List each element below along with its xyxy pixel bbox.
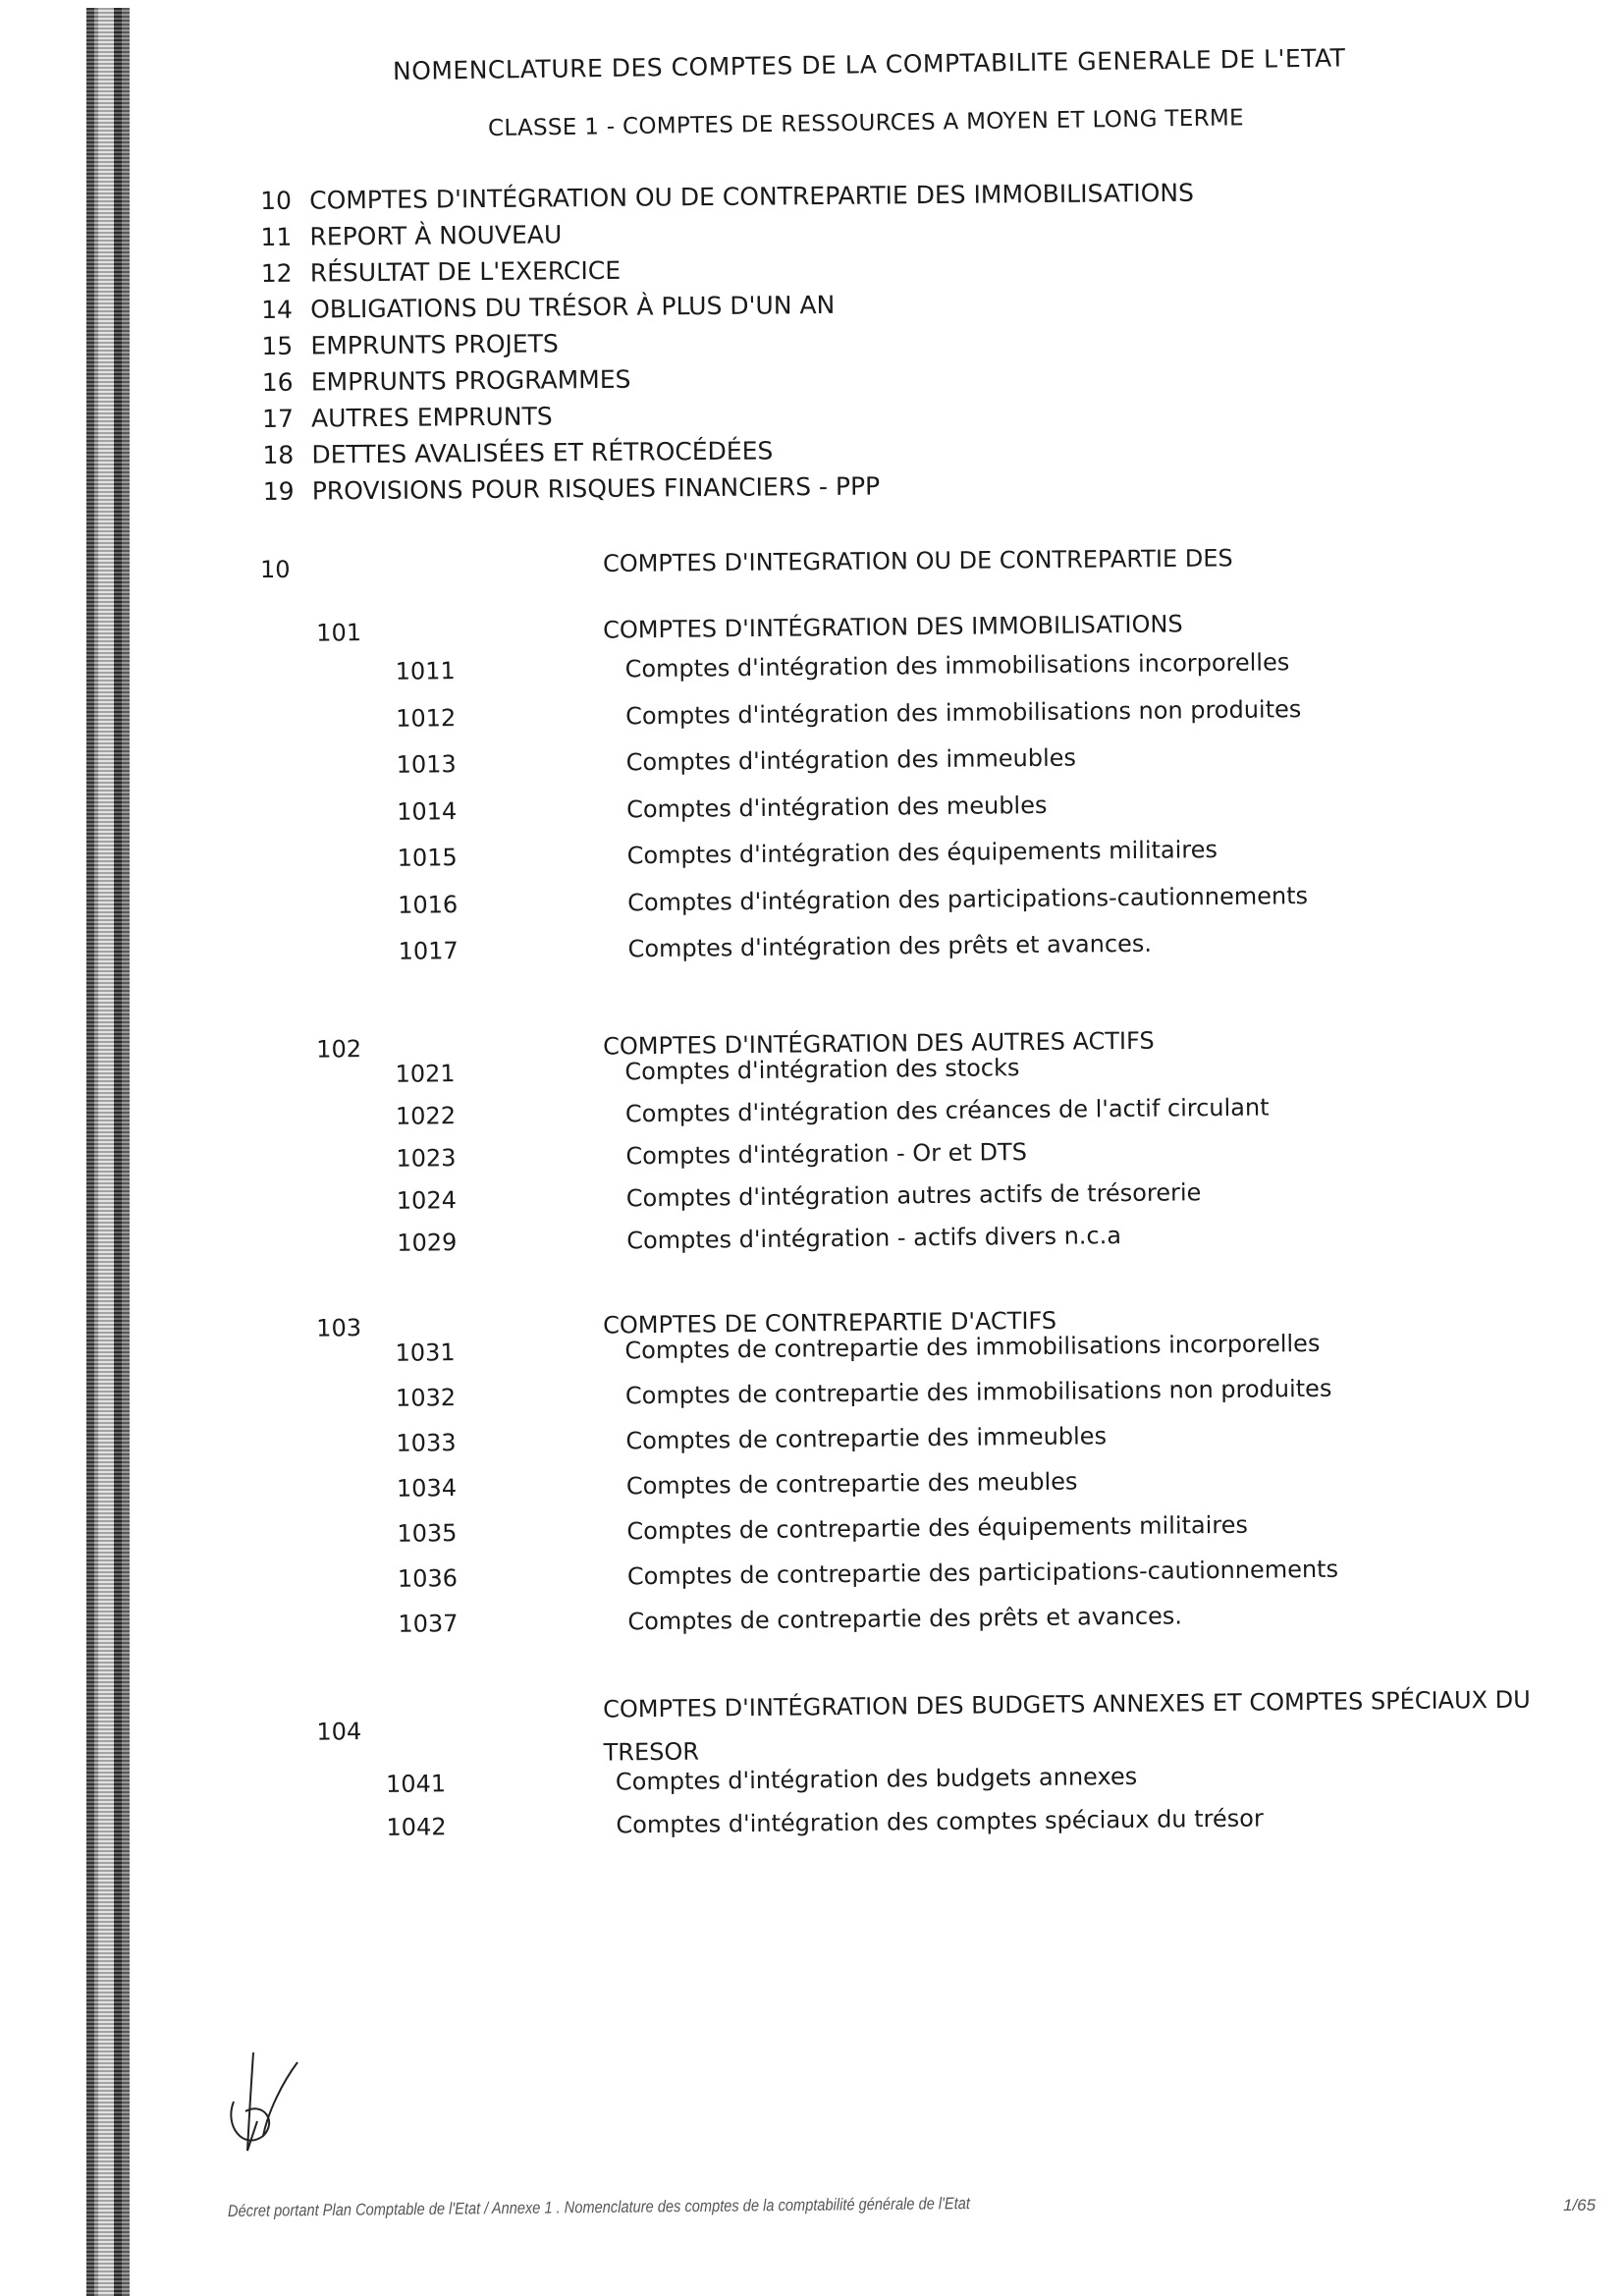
group-code: 103 xyxy=(316,1314,361,1341)
item-code: 1014 xyxy=(397,797,457,826)
item-label: Comptes de contrepartie des immeubles xyxy=(625,1422,1107,1454)
account-item: 1034Comptes de contrepartie des meubles xyxy=(2,1462,1624,1479)
account-item: 1016Comptes d'intégration des participat… xyxy=(3,878,1624,895)
account-item: 1029Comptes d'intégration - actifs diver… xyxy=(2,1217,1624,1233)
account-item: 1042Comptes d'intégration des comptes sp… xyxy=(1,1801,1624,1818)
signature-icon xyxy=(224,2043,312,2160)
class-summary-list: 10COMPTES D'INTÉGRATION OU DE CONTREPART… xyxy=(260,173,1441,510)
item-code: 1031 xyxy=(395,1339,455,1367)
item-label: Comptes de contrepartie des participatio… xyxy=(627,1556,1338,1591)
document-subtitle: CLASSE 1 - COMPTES DE RESSOURCES A MOYEN… xyxy=(488,103,1391,141)
item-code: 1034 xyxy=(397,1474,457,1503)
item-code: 1011 xyxy=(395,657,455,685)
group-heading: 101COMPTES D'INTÉGRATION DES IMMOBILISAT… xyxy=(0,598,1624,660)
account-label: OBLIGATIONS DU TRÉSOR À PLUS D'UN AN xyxy=(310,291,835,324)
account-code: 11 xyxy=(260,223,309,251)
account-label: DETTES AVALISÉES ET RÉTROCÉDÉES xyxy=(311,436,773,468)
account-group-104: 104COMPTES D'INTÉGRATION DES BUDGETS ANN… xyxy=(0,1677,1624,1739)
item-label: Comptes d'intégration - Or et DTS xyxy=(625,1138,1027,1170)
item-code: 1024 xyxy=(397,1186,457,1215)
item-label: Comptes d'intégration des stocks xyxy=(624,1054,1019,1085)
account-label: EMPRUNTS PROGRAMMES xyxy=(311,365,631,397)
account-label: AUTRES EMPRUNTS xyxy=(311,402,553,432)
account-group-102: 102COMPTES D'INTÉGRATION DES AUTRES ACTI… xyxy=(0,1014,1624,1076)
account-label: PROVISIONS POUR RISQUES FINANCIERS - PPP xyxy=(312,472,881,506)
item-code: 1016 xyxy=(398,891,458,919)
account-item: 1032Comptes de contrepartie des immobili… xyxy=(1,1372,1624,1389)
account-item: 1012Comptes d'intégration des immobilisa… xyxy=(1,691,1624,708)
item-code: 1042 xyxy=(386,1813,446,1841)
group-code: 101 xyxy=(316,619,361,646)
item-code: 1032 xyxy=(396,1384,456,1412)
account-item: 1015Comptes d'intégration des équipement… xyxy=(2,832,1624,848)
group-label: COMPTES D'INTÉGRATION DES IMMOBILISATION… xyxy=(603,599,1536,652)
account-group-101: 101COMPTES D'INTÉGRATION DES IMMOBILISAT… xyxy=(0,598,1624,660)
section-code: 10 xyxy=(260,556,291,583)
item-code: 1035 xyxy=(397,1519,457,1548)
item-label: Comptes d'intégration des meubles xyxy=(626,791,1048,822)
account-item: 1024Comptes d'intégration autres actifs … xyxy=(2,1175,1624,1191)
account-code: 17 xyxy=(262,405,311,433)
item-label: Comptes de contrepartie des meubles xyxy=(626,1468,1078,1501)
item-label: Comptes d'intégration des budgets annexe… xyxy=(616,1763,1137,1796)
section-label: COMPTES D'INTEGRATION OU DE CONTREPARTIE… xyxy=(603,544,1233,577)
document-title: NOMENCLATURE DES COMPTES DE LA COMPTABIL… xyxy=(393,42,1473,85)
item-label: Comptes d'intégration des créances de l'… xyxy=(625,1093,1270,1127)
item-code: 1037 xyxy=(398,1610,458,1638)
account-code: 10 xyxy=(260,187,309,215)
item-code: 1021 xyxy=(395,1060,455,1088)
item-label: Comptes d'intégration des immobilisation… xyxy=(625,695,1302,730)
account-group-103: 103COMPTES DE CONTREPARTIE D'ACTIFS1031C… xyxy=(0,1293,1624,1355)
account-label: REPORT À NOUVEAU xyxy=(309,220,562,250)
group-code: 102 xyxy=(316,1035,361,1063)
account-item: 1013Comptes d'intégration des immeubles xyxy=(1,738,1624,755)
account-item: 1036Comptes de contrepartie des particip… xyxy=(3,1553,1624,1569)
item-code: 1017 xyxy=(398,937,458,965)
item-label: Comptes d'intégration des prêts et avanc… xyxy=(627,930,1152,963)
page-number: 1/65 xyxy=(1563,2196,1596,2215)
account-item: 1017Comptes d'intégration des prêts et a… xyxy=(3,925,1624,942)
page-footer: Décret portant Plan Comptable de l'Etat … xyxy=(228,2192,1157,2221)
item-code: 1022 xyxy=(396,1102,456,1130)
item-label: Comptes d'intégration des équipements mi… xyxy=(626,836,1218,869)
item-code: 1013 xyxy=(396,750,456,779)
account-label: RÉSULTAT DE L'EXERCICE xyxy=(310,256,621,288)
account-code: 16 xyxy=(262,368,311,397)
group-code: 104 xyxy=(316,1718,361,1745)
account-label: COMPTES D'INTÉGRATION OU DE CONTREPARTIE… xyxy=(309,179,1194,215)
account-code: 18 xyxy=(262,441,311,469)
group-heading: 104COMPTES D'INTÉGRATION DES BUDGETS ANN… xyxy=(0,1677,1624,1739)
account-item: 1022Comptes d'intégration des créances d… xyxy=(1,1090,1624,1107)
item-code: 1023 xyxy=(396,1144,456,1173)
item-code: 1029 xyxy=(397,1229,457,1257)
account-code: 15 xyxy=(261,332,310,360)
item-code: 1036 xyxy=(398,1564,458,1593)
item-label: Comptes d'intégration des participations… xyxy=(627,882,1308,916)
item-label: Comptes d'intégration des immeubles xyxy=(625,744,1076,777)
item-label: Comptes d'intégration des immobilisation… xyxy=(624,648,1289,683)
item-label: Comptes d'intégration - actifs divers n.… xyxy=(626,1222,1121,1254)
account-item: 1014Comptes d'intégration des meubles xyxy=(2,785,1624,801)
account-code: 19 xyxy=(263,477,312,506)
item-label: Comptes d'intégration autres actifs de t… xyxy=(626,1178,1202,1212)
account-item: 1023Comptes d'intégration - Or et DTS xyxy=(1,1132,1624,1149)
item-label: Comptes de contrepartie des immobilisati… xyxy=(625,1375,1332,1410)
group-label: COMPTES D'INTÉGRATION DES BUDGETS ANNEXE… xyxy=(603,1678,1537,1775)
item-label: Comptes de contrepartie des équipements … xyxy=(626,1511,1248,1546)
account-code: 14 xyxy=(261,296,310,324)
account-label: EMPRUNTS PROJETS xyxy=(310,329,559,359)
item-label: Comptes d'intégration des comptes spécia… xyxy=(616,1805,1264,1839)
item-code: 1041 xyxy=(386,1770,446,1798)
item-code: 1033 xyxy=(396,1429,456,1457)
item-code: 1012 xyxy=(396,704,456,733)
account-item: 1037Comptes de contrepartie des prêts et… xyxy=(3,1598,1624,1614)
item-code: 1015 xyxy=(397,844,457,872)
account-code: 12 xyxy=(261,259,310,288)
item-label: Comptes de contrepartie des immobilisati… xyxy=(624,1330,1320,1364)
item-label: Comptes de contrepartie des prêts et ava… xyxy=(627,1602,1182,1635)
scan-binding-edge xyxy=(86,8,130,2296)
account-item: 1033Comptes de contrepartie des immeuble… xyxy=(1,1417,1624,1434)
account-item: 1035Comptes de contrepartie des équipeme… xyxy=(2,1507,1624,1524)
